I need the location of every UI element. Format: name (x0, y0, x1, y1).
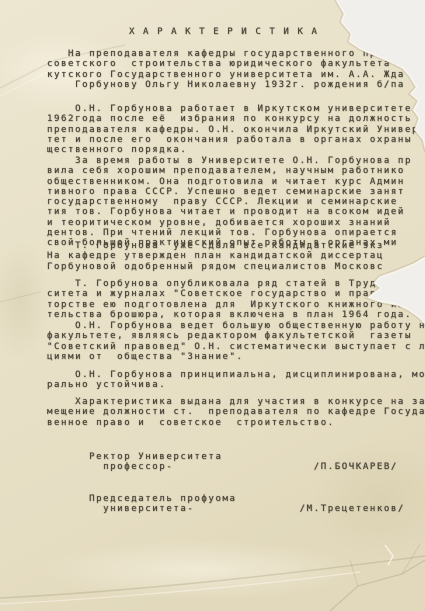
paragraph-addressee: На преподавателя кафедры государственног… (47, 49, 412, 90)
paragraph-public-work: О.Н. Горбунова ведет большую общественну… (47, 321, 425, 362)
paragraph-dissertation: Т. Горбунова уже сдала все кандидатские … (47, 241, 384, 272)
paragraph-purpose: Характеристика выдана для участия в конк… (47, 397, 425, 428)
signature-rector: Ректор Университета профессор- /П.БОЧКАР… (47, 452, 398, 473)
signature-union-chairman: Председатель профуома университета- /М.Т… (47, 494, 405, 515)
paragraph-character: О.Н. Горбунова принципиальна, дисциплини… (47, 370, 425, 391)
paragraph-publications: Т. Горбунова опубликовала ряд статей в Т… (47, 279, 425, 320)
typewritten-text-layer: Х А Р А К Т Е Р И С Т И К А На преподава… (0, 0, 425, 611)
paragraph-teaching: За время работы в Университете О.Н. Горб… (47, 156, 412, 249)
document-photo: Х А Р А К Т Е Р И С Т И К А На преподава… (0, 0, 425, 611)
paragraph-employment: О.Н. Горбунова работает в Иркутском унив… (47, 104, 419, 155)
document-title: Х А Р А К Т Е Р И С Т И К А (129, 27, 319, 37)
